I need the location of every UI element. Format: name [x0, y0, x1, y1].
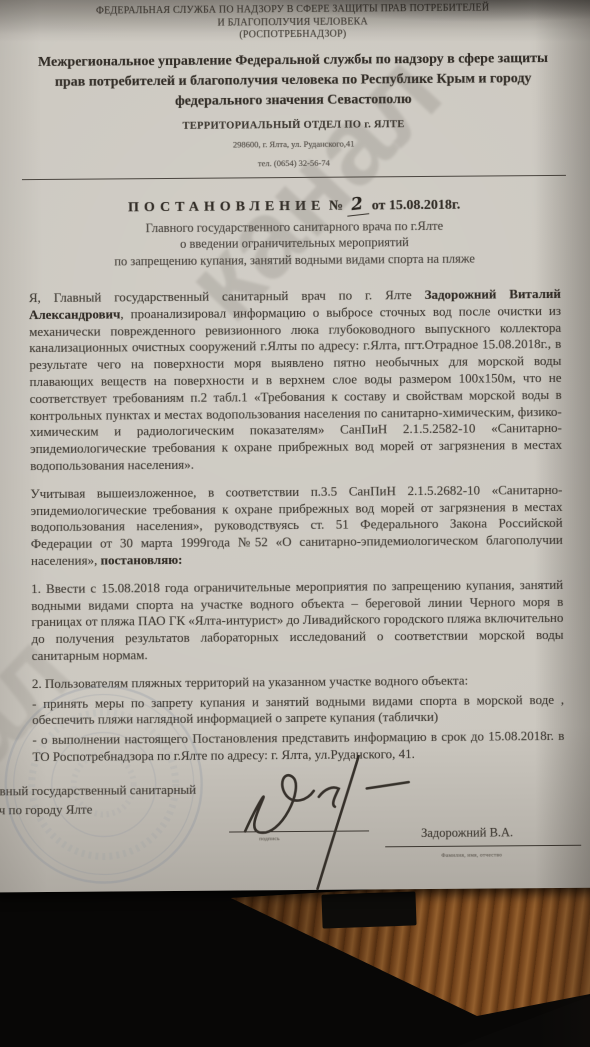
territorial-department: ТЕРРИТОРИАЛЬНЫЙ ОТДЕЛ ПО г. ЯЛТЕ [27, 117, 559, 132]
handwritten-decree-number: 2 [345, 193, 369, 216]
paragraph-preamble: Я, Главный государственный санитарный вр… [29, 286, 562, 475]
decree-title-line: ПОСТАНОВЛЕНИЕ № 2 от 15.08.2018г. [28, 192, 560, 217]
org-address: 298600, г. Ялта, ул. Руданского,41 [28, 135, 560, 151]
decree-date: от 15.08.2018г. [372, 197, 461, 213]
photo-background: ФЕДЕРАЛЬНАЯ СЛУЖБА ПО НАДЗОРУ В СФЕРЕ ЗА… [0, 0, 590, 1047]
letterhead: ФЕДЕРАЛЬНАЯ СЛУЖБА ПО НАДЗОРУ В СФЕРЕ ЗА… [27, 2, 560, 180]
round-seal-stamp [0, 677, 212, 893]
preamble-start: Я, Главный государственный санитарный вр… [29, 287, 425, 305]
number-sign: № [329, 198, 343, 213]
decree-subtitle-3: по запрещению купания, занятий водными в… [29, 249, 561, 270]
decree-title: ПОСТАНОВЛЕНИЕ [128, 198, 325, 215]
resolve-word-bold: постановляю: [100, 552, 182, 568]
document-content: ФЕДЕРАЛЬНАЯ СЛУЖБА ПО НАДЗОРУ В СФЕРЕ ЗА… [0, 0, 590, 892]
decree-title-block: ПОСТАНОВЛЕНИЕ № 2 от 15.08.2018г. Главно… [28, 192, 561, 270]
org-name: Межрегиональное управление Федеральной с… [35, 48, 551, 112]
signature-caption: подпись [259, 836, 280, 842]
paragraph-item-1: 1. Ввести с 15.08.2018 года ограничитель… [31, 577, 564, 665]
name-caption: Фамилия, имя, отчество [441, 852, 502, 858]
org-phone: тел. (0654) 32-56-74 [28, 154, 560, 170]
letterhead-divider [22, 174, 566, 179]
name-line [385, 844, 581, 847]
preamble-rest: , проанализировал информацию о выбросе с… [29, 303, 562, 473]
handwritten-signature [230, 744, 427, 896]
signer-name: Задорожний В.А. [421, 825, 513, 841]
paper-document: ФЕДЕРАЛЬНАЯ СЛУЖБА ПО НАДЗОРУ В СФЕРЕ ЗА… [0, 0, 590, 892]
paragraph-legal-basis: Учитывая вышеизложенное, в соответствии … [30, 482, 563, 570]
